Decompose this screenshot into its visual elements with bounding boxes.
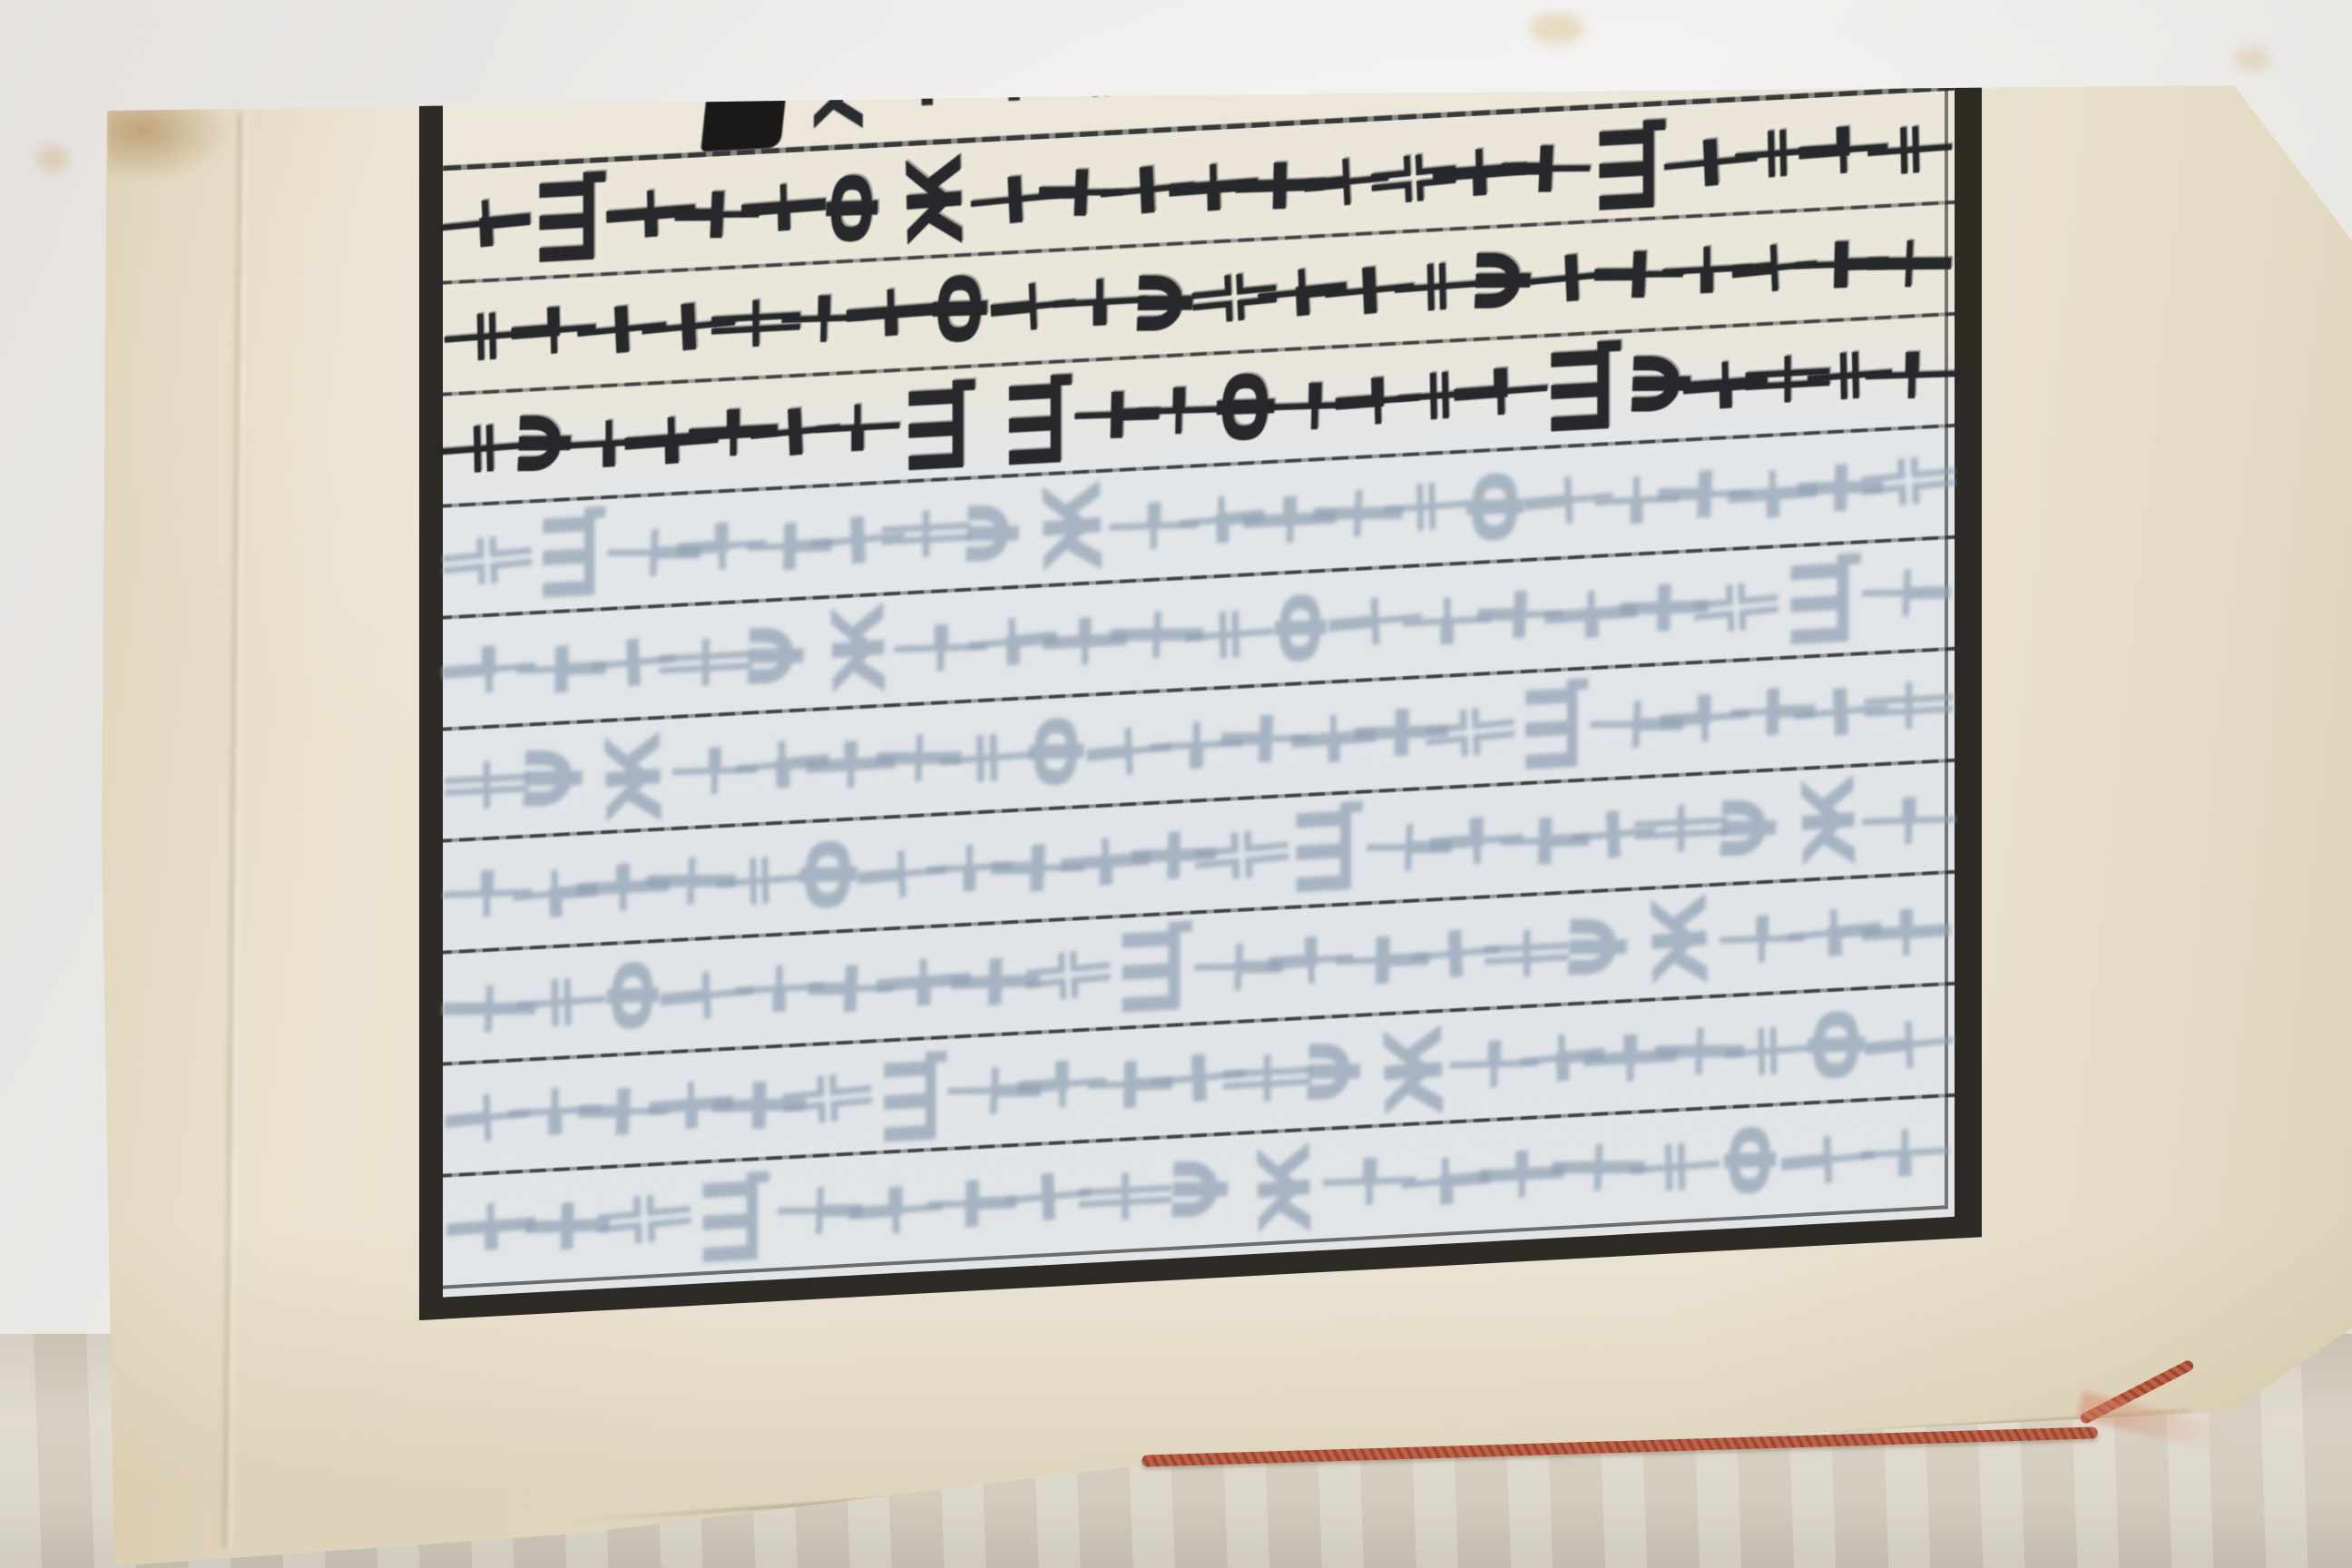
stain-spot [2234,47,2270,71]
char-glyph: ╄ [1463,357,1543,425]
char-glyph: Ф [1021,713,1097,789]
char-glyph: ╫ [667,624,745,701]
char-glyph: Ж [1249,1141,1322,1237]
char-glyph: ┾ [1873,342,1953,407]
char-glyph: ╊ [1870,894,1945,970]
char-glyph: ╬ [1869,443,1950,518]
char-glyph: Ф [925,270,1001,347]
char-glyph: Ψ [740,619,818,691]
char-glyph: ╬ [789,1061,867,1136]
char-glyph: ╈ [524,632,600,706]
char-glyph: ╅ [1407,1139,1485,1222]
char-glyph: ╫ [1493,916,1563,992]
char-glyph: ╅ [975,602,1053,681]
char-glyph: Ф [818,170,891,246]
char-glyph: Щ [1003,369,1073,472]
char-glyph: Ж [597,730,673,826]
char-glyph: Ф [1267,590,1339,666]
char-glyph: Щ [1518,673,1589,776]
char-glyph: ┿ [1013,1155,1087,1239]
char-glyph: ╬ [1202,817,1283,892]
char-glyph: ┿ [1416,914,1494,993]
text-block-frame: Ж╈┿╬ ╅Щ╉╇╉ФЖ┿╇┿╉╋╀╬╉╇Щ┿╪╄╪╪╄┿┿╫┾╉Ф╀┽Ψ╬╅┿… [419,16,1982,1320]
char-glyph: Ж [1643,891,1720,987]
book-page: Ж╈┿╬ ╅Щ╉╇╉ФЖ┿╇┿╉╋╀╬╉╇Щ┿╪╄╪╪╄┿┿╫┾╉Ф╀┽Ψ╬╅┿… [0,0,2352,1568]
char-glyph: ╪ [1875,113,1947,185]
char-glyph: ╁ [1200,930,1279,1003]
char-glyph: ╉ [749,171,821,243]
char-glyph: ╋ [1627,570,1703,644]
char-glyph: Щ [695,1167,769,1269]
char-glyph: Ψ [515,744,596,813]
char-glyph: ╁ [1869,556,1947,629]
char-glyph: ╀ [1788,1117,1870,1200]
char-glyph: ╪ [524,963,600,1041]
char-glyph: ╅ [448,186,525,260]
char-glyph: ╄ [450,630,530,708]
char-glyph: ┾ [1330,1142,1410,1220]
page-left-fold-crease [220,113,250,1547]
char-glyph: ┿ [597,622,671,701]
char-glyph: ╪ [1638,1126,1714,1208]
char-glyph: Ж [824,601,897,697]
char-glyph: Щ [1592,114,1666,217]
char-glyph: Щ [1289,797,1364,899]
char-glyph: Ψ [1163,1151,1241,1228]
char-glyph: ╇ [1508,134,1585,201]
char-glyph: ╄ [1275,921,1347,998]
char-glyph: ╋ [533,1186,605,1265]
char-glyph: Ψ [1299,1037,1373,1106]
char-glyph: ╄ [857,1169,936,1251]
char-glyph: ┽ [1411,583,1485,659]
char-glyph: ╉ [454,1185,530,1267]
char-glyph: ┾ [1727,902,1799,976]
char-glyph: Ж [1034,478,1114,575]
char-glyph: ┽ [743,950,818,1026]
char-glyph: Ф [599,957,671,1034]
char-glyph: ╈ [935,1164,1011,1243]
char-glyph: Щ [532,166,606,269]
stain-spot [1530,13,1584,44]
char-glyph: Щ [1543,336,1622,438]
char-glyph: ╊ [1051,603,1122,680]
stain-spot [36,145,69,172]
char-glyph: Ж [899,152,975,248]
text-rows: ╅Щ╉╇╉ФЖ┿╇┿╉╋╀╬╉╇Щ┿╪╄╪╪╄┿┿╫┾╉Ф╀┽Ψ╬╅┿╪Ψ┿╇┽… [443,91,1955,1288]
char-glyph: ╫ [1087,1156,1165,1237]
char-glyph: Щ [1115,916,1193,1019]
char-glyph: Щ [902,374,976,476]
char-glyph: ┾ [1870,785,1950,856]
char-glyph: ┽ [1868,1112,1943,1193]
page-corner-tanning [107,107,298,216]
char-glyph: ╂ [1559,1129,1641,1206]
char-glyph: Ψ [1559,910,1641,983]
char-glyph: Ф [1716,1121,1788,1200]
char-glyph: ╫ [1873,669,1947,740]
char-glyph: Щ [877,1046,947,1149]
char-glyph: Щ [536,502,607,604]
char-glyph: ╋ [958,945,1034,1019]
char-glyph: ╬ [449,523,526,598]
char-glyph: ╈ [1344,923,1424,997]
char-glyph: ╀ [1871,1007,1948,1083]
char-glyph: Ж [1376,1023,1455,1120]
char-glyph: ╬ [1032,936,1105,1014]
char-glyph: Щ [1783,548,1861,651]
char-glyph: ╂ [1873,229,1946,297]
char-glyph: ╬ [1700,568,1773,647]
char-glyph: ╬ [1432,694,1509,769]
char-glyph: ┽ [823,394,894,460]
char-glyph: ╁ [783,1171,857,1249]
char-glyph: Ψ [1711,793,1788,862]
photo-scene: Ж╈┿╬ ╅Щ╉╇╉ФЖ┿╇┿╉╋╀╬╉╇Щ┿╪╄╪╪╄┿┿╫┾╉Ф╀┽Ψ╬╅┿… [0,0,2352,1568]
char-glyph: Ж [1794,773,1867,869]
char-glyph: ╊ [1487,1133,1558,1213]
char-glyph: ╬ [604,1177,686,1260]
char-glyph: Ψ [958,499,1032,568]
char-glyph: ╪ [1192,595,1269,673]
colophon-glyph: ╬ [1034,28,1170,122]
